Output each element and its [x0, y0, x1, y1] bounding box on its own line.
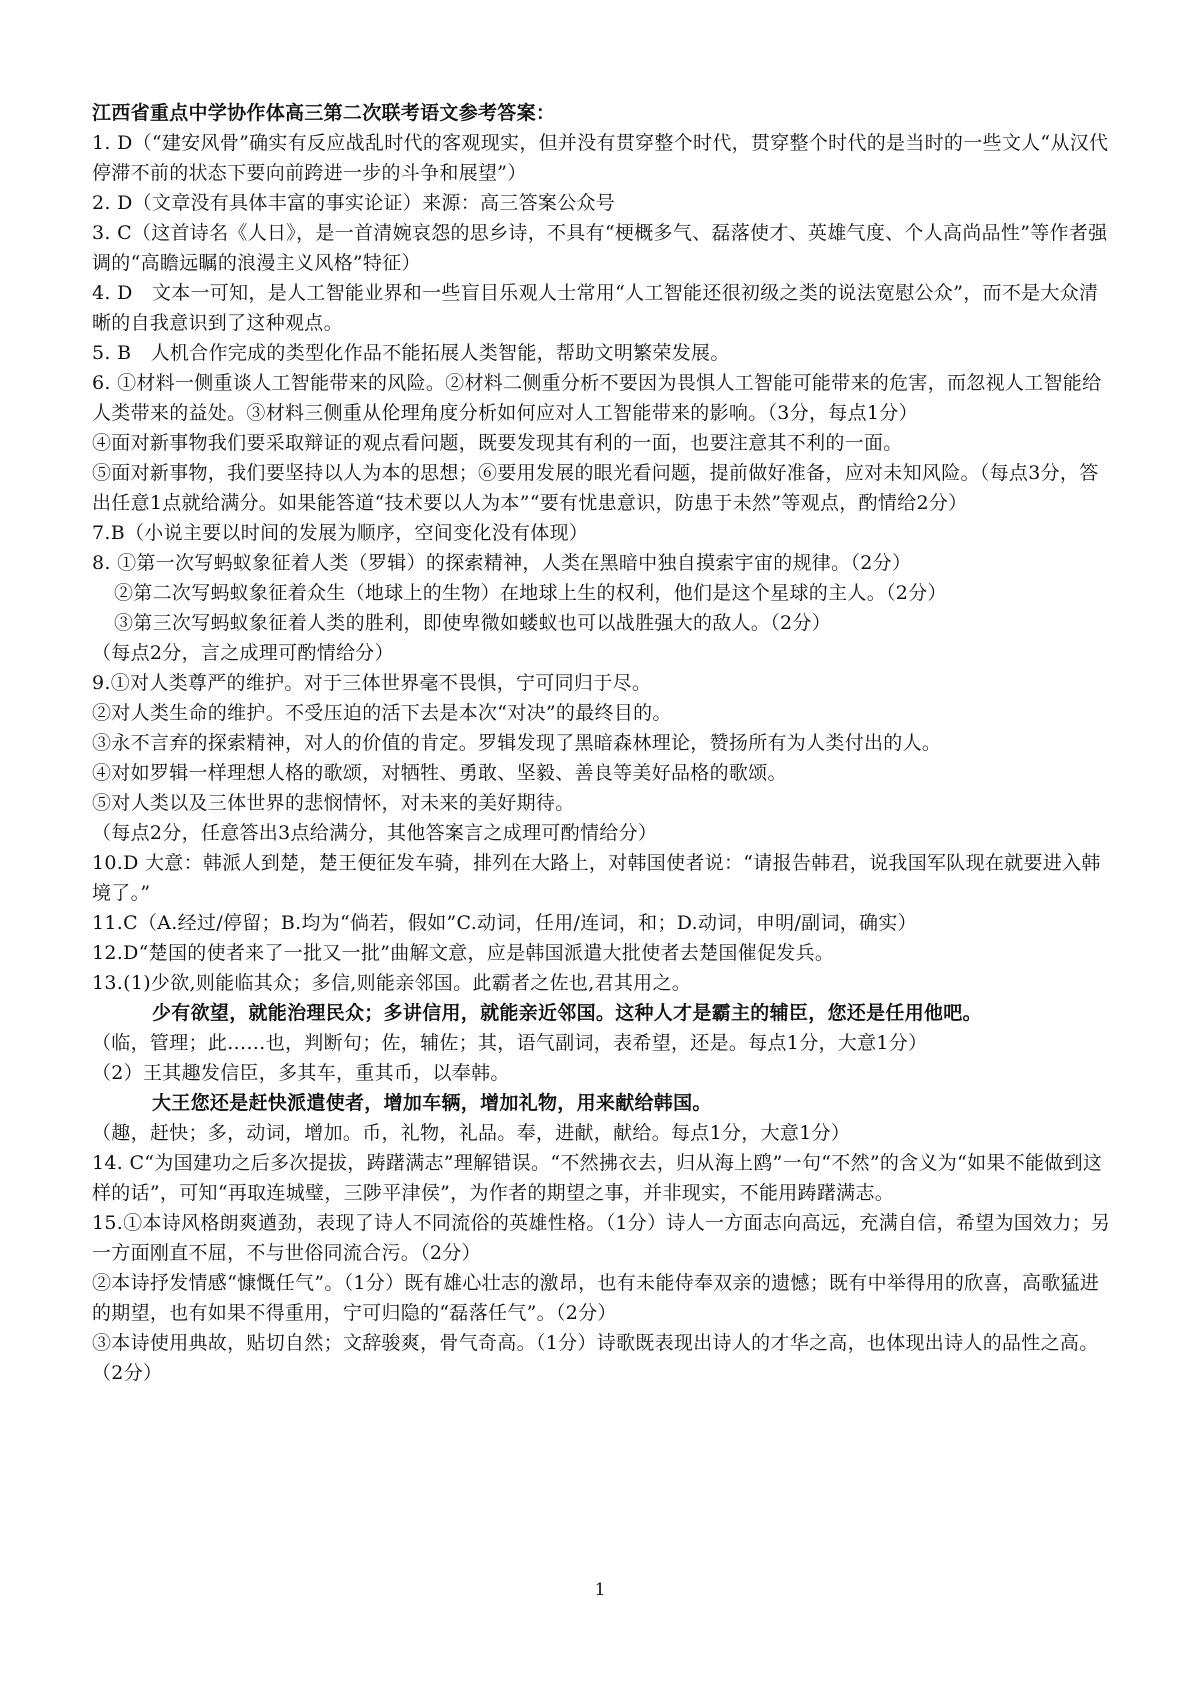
answer-line-q9-point2: ②对人类生命的维护。不受压迫的活下去是本次“对决”的最终目的。: [92, 698, 1112, 728]
answer-line-q9-point5: ⑤对人类以及三体世界的悲悯情怀，对未来的美好期待。: [92, 788, 1112, 818]
answer-line-q13-2-original: （2）王其趣发信臣，多其车，重其币，以奉韩。: [92, 1058, 1112, 1088]
answer-line-q9-point4: ④对如罗辑一样理想人格的歌颂，对牺牲、勇敢、坚毅、善良等美好品格的歌颂。: [92, 758, 1112, 788]
document-title: 江西省重点中学协作体高三第二次联考语文参考答案：: [92, 98, 1112, 128]
answer-key-content: 江西省重点中学协作体高三第二次联考语文参考答案： 1. D（“建安风骨”确实有反…: [92, 98, 1112, 1388]
answer-line-q8-point1: 8. ①第一次写蚂蚁象征着人类（罗辑）的探索精神，人类在黑暗中独自摸索宇宙的规律…: [92, 548, 1112, 578]
answer-line-q7: 7.B（小说主要以时间的发展为顺序，空间变化没有体现）: [92, 518, 1112, 548]
answer-line-q9-point1: 9.①对人类尊严的维护。对于三体世界毫不畏惧，宁可同归于尽。: [92, 668, 1112, 698]
answer-line-q14: 14. C“为国建功之后多次提拔，踌躇满志”理解错误。“不然拂衣去，归从海上鸥”…: [92, 1148, 1112, 1208]
answer-line-q13-2-translation: 大王您还是赶快派遣使者，增加车辆，增加礼物，用来献给韩国。: [92, 1088, 1112, 1118]
page-number: 1: [0, 1580, 1200, 1600]
answer-line-q11: 11.C（A.经过/停留；B.均为“倘若，假如”C.动词，任用/连词，和；D.动…: [92, 908, 1112, 938]
answer-line-q9-scoring: （每点2分，任意答出3点给满分，其他答案言之成理可酌情给分）: [92, 818, 1112, 848]
answer-line-q13-1-scoring: （临，管理；此……也，判断句；佐，辅佐；其，语气副词，表希望，还是。每点1分，大…: [92, 1028, 1112, 1058]
answer-line-q5: 5. B 人机合作完成的类型化作品不能拓展人类智能，帮助文明繁荣发展。: [92, 338, 1112, 368]
answer-line-q1: 1. D（“建安风骨”确实有反应战乱时代的客观现实，但并没有贯穿整个时代，贯穿整…: [92, 128, 1112, 188]
answer-lines: 1. D（“建安风骨”确实有反应战乱时代的客观现实，但并没有贯穿整个时代，贯穿整…: [92, 128, 1112, 1388]
document-page: 江西省重点中学协作体高三第二次联考语文参考答案： 1. D（“建安风骨”确实有反…: [0, 0, 1200, 1697]
answer-line-q8-point3: ③第三次写蚂蚁象征着人类的胜利，即使卑微如蝼蚁也可以战胜强大的敌人。（2分）: [92, 608, 1112, 638]
answer-line-q2: 2. D（文章没有具体丰富的事实论证）来源：高三答案公众号: [92, 188, 1112, 218]
answer-line-q15-point1: 15.①本诗风格朗爽遒劲，表现了诗人不同流俗的英雄性格。（1分）诗人一方面志向高…: [92, 1208, 1112, 1268]
answer-line-q12: 12.D“楚国的使者来了一批又一批”曲解文意，应是韩国派遣大批使者去楚国催促发兵…: [92, 938, 1112, 968]
answer-line-q6-point5-6: ⑤面对新事物，我们要坚持以人为本的思想；⑥要用发展的眼光看问题，提前做好准备，应…: [92, 458, 1112, 518]
answer-line-q13-1-original: 13.(1)少欲,则能临其众；多信,则能亲邻国。此霸者之佐也,君其用之。: [92, 968, 1112, 998]
answer-line-q6-point4: ④面对新事物我们要采取辩证的观点看问题，既要发现其有利的一面，也要注意其不利的一…: [92, 428, 1112, 458]
answer-line-q8-scoring: （每点2分，言之成理可酌情给分）: [92, 638, 1112, 668]
answer-line-q4: 4. D 文本一可知，是人工智能业界和一些盲目乐观人士常用“人工智能还很初级之类…: [92, 278, 1112, 338]
answer-line-q13-1-translation: 少有欲望，就能治理民众；多讲信用，就能亲近邻国。这种人才是霸主的辅臣，您还是任用…: [92, 998, 1112, 1028]
answer-line-q3: 3. C（这首诗名《人日》，是一首清婉哀怨的思乡诗，不具有“梗概多气、磊落使才、…: [92, 218, 1112, 278]
answer-line-q15-point2: ②本诗抒发情感“慷慨任气”。（1分）既有雄心壮志的激昂，也有未能侍奉双亲的遗憾；…: [92, 1268, 1112, 1328]
answer-line-q13-2-scoring: （趣，赶快；多，动词，增加。币，礼物，礼品。奉，进献，献给。每点1分，大意1分）: [92, 1118, 1112, 1148]
answer-line-q15-point3: ③本诗使用典故，贴切自然；文辞骏爽，骨气奇高。（1分）诗歌既表现出诗人的才华之高…: [92, 1328, 1112, 1388]
answer-line-q8-point2: ②第二次写蚂蚁象征着众生（地球上的生物）在地球上生的权利，他们是这个星球的主人。…: [92, 578, 1112, 608]
answer-line-q6: 6. ①材料一侧重谈人工智能带来的风险。②材料二侧重分析不要因为畏惧人工智能可能…: [92, 368, 1112, 428]
answer-line-q9-point3: ③永不言弃的探索精神，对人的价值的肯定。罗辑发现了黑暗森林理论，赞扬所有为人类付…: [92, 728, 1112, 758]
answer-line-q10: 10.D 大意：韩派人到楚，楚王便征发车骑，排列在大路上，对韩国使者说：“请报告…: [92, 848, 1112, 908]
